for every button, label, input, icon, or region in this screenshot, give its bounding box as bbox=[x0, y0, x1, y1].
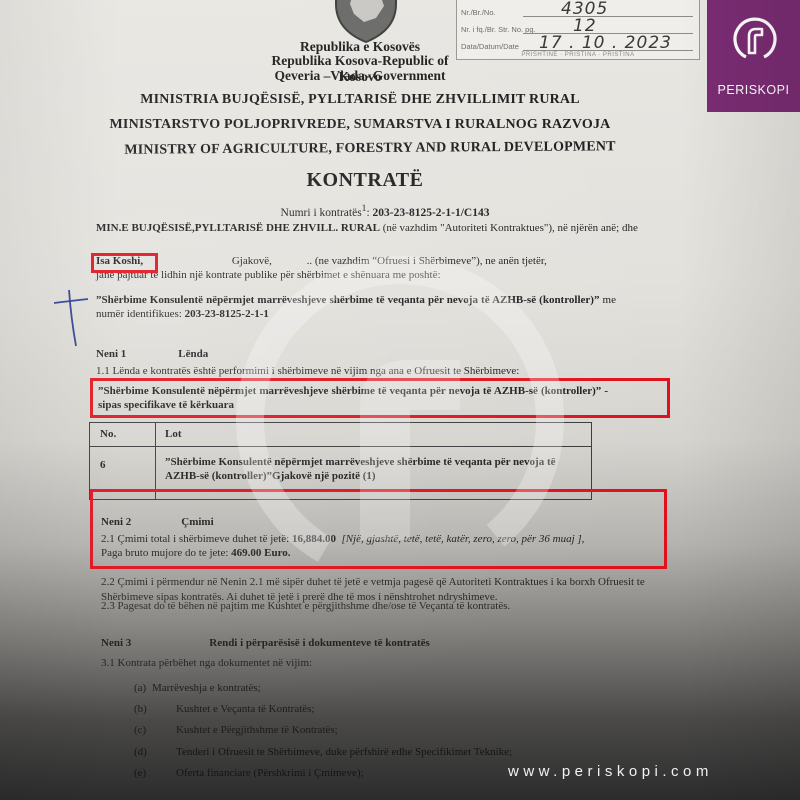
identifier-value: 203-23-8125-2-1-1 bbox=[185, 308, 269, 320]
lot-table-row-lot: ”Shërbime Konsulentë nëpërmjet marrëvesh… bbox=[165, 455, 585, 484]
total-price: 16,884.00 bbox=[292, 533, 336, 545]
document-title: KONTRATË bbox=[200, 169, 530, 192]
handwritten-cross-icon bbox=[50, 288, 100, 348]
party-service-provider: Isa Koshi, Gjakovë, .. (ne vazhdim “Ofru… bbox=[96, 255, 676, 283]
lot-table-header-lot: Lot bbox=[165, 428, 182, 440]
lot-table-row-no: 6 bbox=[100, 459, 106, 471]
contract-number-value: 203-23-8125-2-1-1/C143 bbox=[373, 207, 490, 219]
kosovo-emblem-icon bbox=[330, 0, 402, 44]
ministry-sr: MINISTARSTVO POLJOPRIVREDE, SUMARSTVA I … bbox=[100, 117, 620, 133]
website-url: www.periskopi.com bbox=[508, 763, 778, 780]
periskopi-brand-badge: PERISKOPI bbox=[707, 0, 800, 112]
registry-stamp: Nr./Br./No. 4305 Nr. i fq./Br. Str. No. … bbox=[456, 0, 700, 60]
service-description: ”Shërbime Konsulentë nëpërmjet marrëvesh… bbox=[96, 293, 616, 322]
article2-p21: 2.1 Çmimi total i shërbimeve duhet të je… bbox=[101, 532, 671, 561]
monthly-salary: 469.00 Euro. bbox=[231, 547, 290, 559]
contract-number: Numri i kontratës1: 203-23-8125-2-1-1/C1… bbox=[170, 203, 600, 219]
government: Qeveria –Vlada- Government bbox=[250, 68, 470, 84]
stamp-city: PRISHTINË · PRIŠTINA · PRISTINA bbox=[457, 52, 699, 58]
article2-p23: 2.3 Pagesat do të bëhen në pajtim me Kus… bbox=[101, 600, 671, 612]
stamp-date-value: 17 . 10 . 2023 bbox=[539, 33, 672, 53]
subject-text: ”Shërbime Konsulentë nëpërmjet marrëvesh… bbox=[98, 384, 608, 413]
lot-table-header-no: No. bbox=[100, 428, 116, 440]
article3-heading: Neni 3Rendi i përparësisë i dokumenteve … bbox=[101, 637, 601, 649]
stamp-number-label: Nr./Br./No. bbox=[461, 8, 496, 17]
party-contracting-authority: MIN.E BUJQËSISË,PYLLTARISË DHE ZHVILL. R… bbox=[96, 222, 676, 236]
periskopi-logo-icon bbox=[732, 16, 778, 62]
brand-name: PERISKOPI bbox=[707, 83, 800, 97]
document-photo: Nr./Br./No. 4305 Nr. i fq./Br. Str. No. … bbox=[0, 0, 800, 800]
footnote-mark: 1 bbox=[362, 203, 367, 214]
article1-heading: Neni 1Lënda bbox=[96, 348, 596, 360]
ministry-en: MINISTRY OF AGRICULTURE, FORESTRY AND RU… bbox=[110, 139, 630, 159]
total-price-words: [Një, gjashtë, tetë, tetë, katër, zero, … bbox=[341, 533, 581, 545]
highlight-provider-name bbox=[91, 253, 158, 273]
article1-p11: 1.1 Lënda e kontratës është performimi i… bbox=[96, 365, 676, 377]
article2-heading: Neni 2Çmimi bbox=[101, 516, 601, 528]
article3-p31: 3.1 Kontrata përbëhet nga dokumentet në … bbox=[101, 657, 601, 669]
ministry-sq: MINISTRIA BUJQËSISË, PYLLTARISË DHE ZHVI… bbox=[100, 92, 620, 108]
